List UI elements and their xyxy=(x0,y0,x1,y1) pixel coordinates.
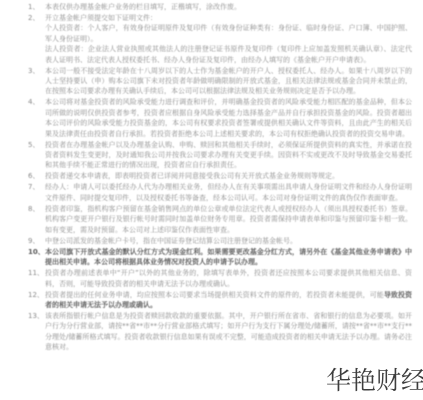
list-item: 7、经办人：申请人可以委托经办人代为办理相关业务，但经办人在有关事项需出具申请人… xyxy=(28,182,412,203)
item-number: 10、 xyxy=(28,247,45,268)
item-text: 投资者在办理基金帐户以及办理基金认购、申购、赎回和其他相关手续时，必须保证所提供… xyxy=(45,140,412,171)
item-text: 该表所指银行帐户信息是为投资者赎回款收款的重要依据。其中，开户银行所在省市、省和… xyxy=(45,311,412,353)
item-text: 本公司一般不接受法定年龄在十八周岁以下的人士作为基金帐户的开户人、授权委托人、经… xyxy=(45,66,412,97)
list-item: 12、投资者提出的任何业务申请，均应按照本公司要求当场提供相关资料文件的原件的，… xyxy=(28,290,412,311)
list-item: 10、本公司旗下开放式基金的默认分红方式为现金红利。如果需要更改基金分红方式，请… xyxy=(28,247,412,268)
item-text: 本表仅供办理基金帐户业务的栏目填写，正楷填写，涂改作废。 xyxy=(45,2,412,12)
document-body: 1、本表仅供办理基金帐户业务的栏目填写，正楷填写，涂改作废。2、开立基金帐户须提… xyxy=(28,2,412,353)
list-item: 3、本公司一般不接受法定年龄在十八周岁以下的人士作为基金帐户的开户人、授权委托人… xyxy=(28,66,412,97)
list-item: 8、投资者印鉴，指机构客户预留在基金销售网点的单位公章或单位法定代表人或授权经办… xyxy=(28,204,412,235)
list-item: 9、中登公司派发的基金帐户卡号，指在中国证券登记结算公司注册登记的基金帐号。 xyxy=(28,236,412,246)
item-number: 3、 xyxy=(28,66,45,97)
item-number: 12、 xyxy=(28,290,45,311)
item-number: 7、 xyxy=(28,182,45,203)
item-number: 6、 xyxy=(28,171,45,181)
list-item: 1、本表仅供办理基金帐户业务的栏目填写，正楷填写，涂改作废。 xyxy=(28,2,412,12)
item-text: 经办人：申请人可以委托经办人代为办理相关业务，但经办人在有关事项需出具申请人身份… xyxy=(45,182,412,203)
item-text: 中登公司派发的基金帐户卡号，指在中国证券登记结算公司注册登记的基金帐号。 xyxy=(45,236,412,246)
item-number: 9、 xyxy=(28,236,45,246)
item-number: 5、 xyxy=(28,140,45,171)
watermark: 华艳财经 xyxy=(326,364,423,398)
item-text: 开立基金帐户须提交如下证明文件： 个人投资者：个人客户，有效身份证明原件及复印件… xyxy=(45,13,412,65)
item-number: 2、 xyxy=(28,13,45,65)
list-item: 2、开立基金帐户须提交如下证明文件： 个人投资者：个人客户，有效身份证明原件及复… xyxy=(28,13,412,65)
item-text: 投资者递交本申请表，即表明投资者已详阅并同意接受我公司有关开放式基金业务规则等规… xyxy=(45,171,412,181)
item-number: 4、 xyxy=(28,97,45,139)
list-item: 5、投资者在办理基金帐户以及办理基金认购、申购、赎回和其他相关手续时，必须保证所… xyxy=(28,140,412,171)
list-item: 6、投资者递交本申请表，即表明投资者已详阅并同意接受我公司有关开放式基金业务规则… xyxy=(28,171,412,181)
list-item: 11、投资者办理前述表单中“开户”以外的其他业务的，除填写表单外，投资者还应按照… xyxy=(28,268,412,289)
item-text: 本公司旗下开放式基金的默认分红方式为现金红利。如果需要更改基金分红方式，请另外在… xyxy=(45,247,412,268)
item-number: 8、 xyxy=(28,204,45,235)
item-number: 11、 xyxy=(28,268,45,289)
item-text: 投资者办理前述表单中“开户”以外的其他业务的，除填写表单外，投资者还应按照本公司… xyxy=(45,268,412,289)
item-number: 13、 xyxy=(28,311,45,353)
item-text: 投资者印鉴，指机构客户预留在基金销售网点的单位公章或单位法定代表人或授权经办人（… xyxy=(45,204,412,235)
list-item: 4、本公司将对基金投资者的风险承受能力进行调查和评价，并明确基金投资者的风险承受… xyxy=(28,97,412,139)
item-number: 1、 xyxy=(28,2,45,12)
item-text: 本公司将对基金投资者的风险承受能力进行调查和评价，并明确基金投资者的风险承受能力… xyxy=(45,97,412,139)
item-text: 投资者提出的任何业务申请，均应按照本公司要求当场提供相关资料文件的原件的，若投资… xyxy=(45,290,412,311)
notes-list: 1、本表仅供办理基金帐户业务的栏目填写，正楷填写，涂改作废。2、开立基金帐户须提… xyxy=(28,2,412,353)
list-item: 13、该表所指银行帐户信息是为投资者赎回款收款的重要依据。其中，开户银行所在省市… xyxy=(28,311,412,353)
